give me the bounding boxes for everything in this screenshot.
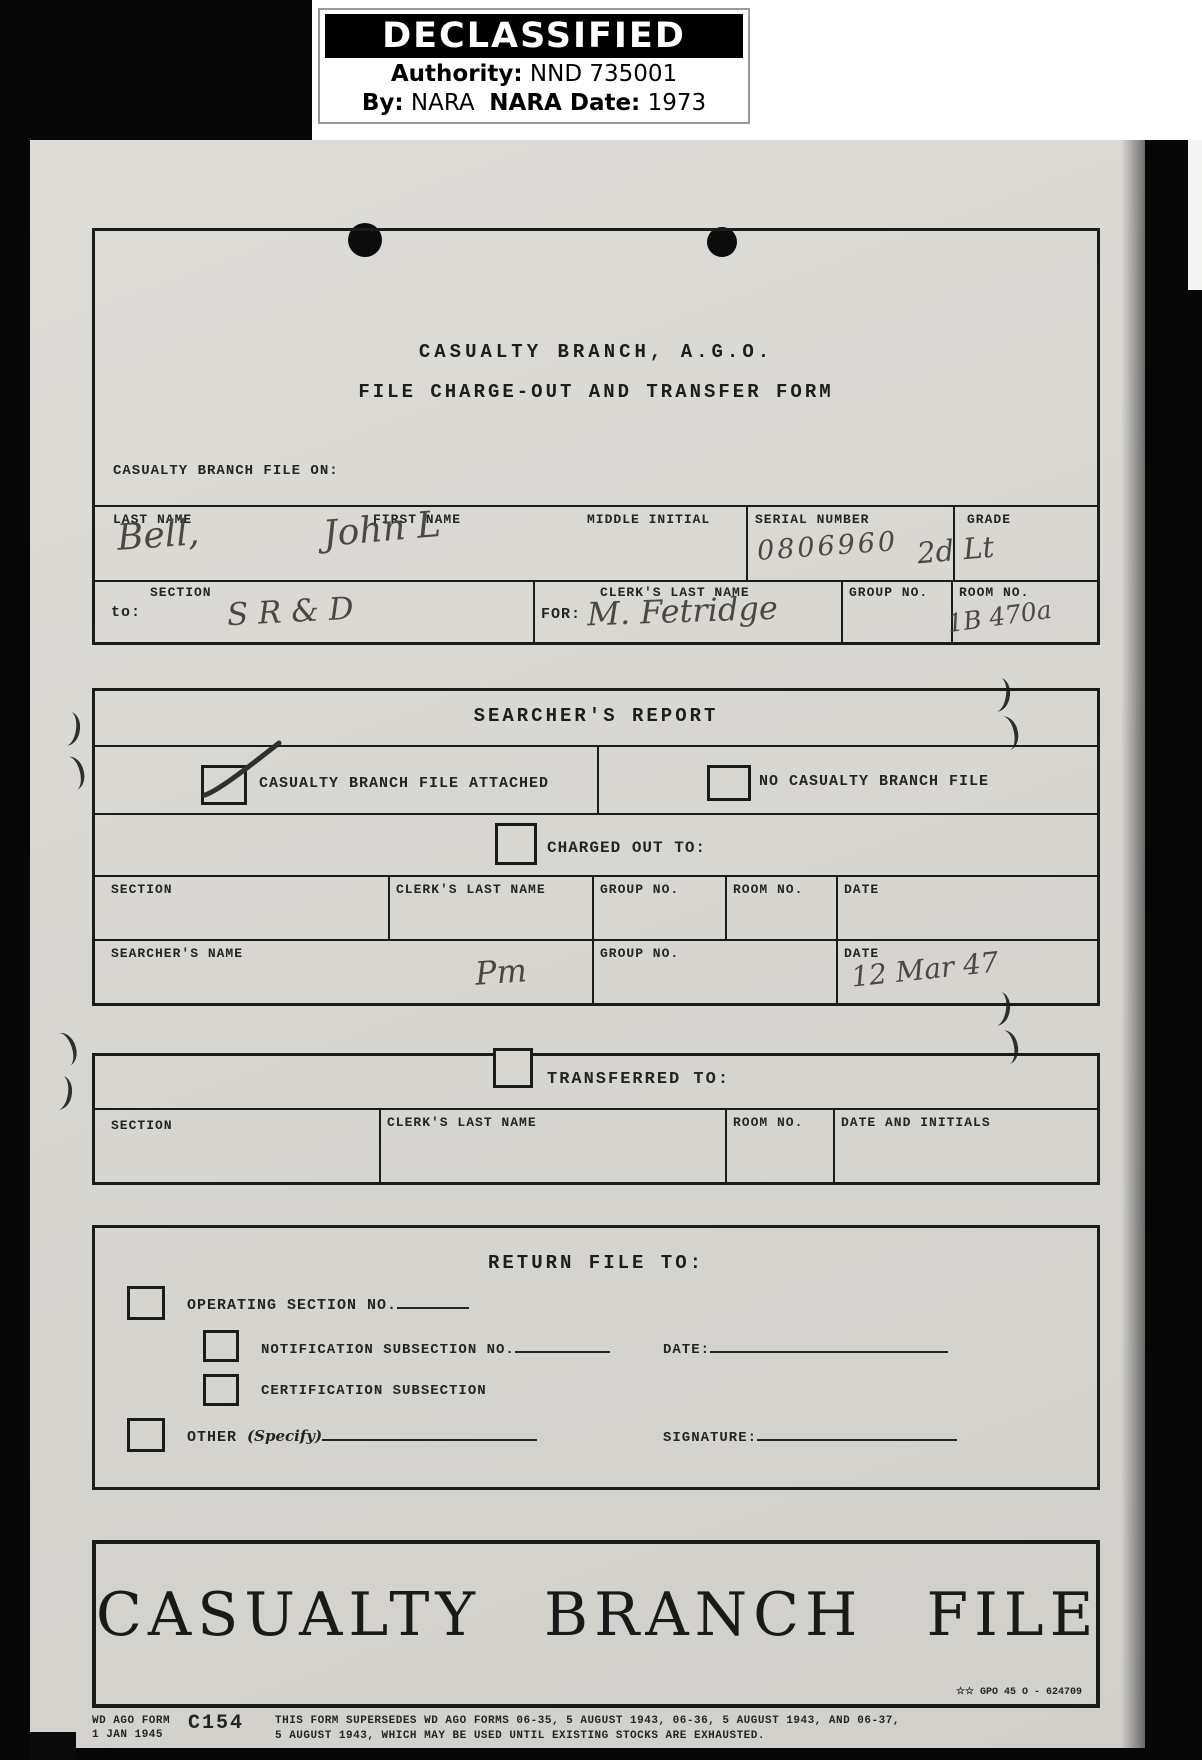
casualty-branch-file-banner-box: CASUALTY BRANCH FILE ☆☆ GPO 45 O - 62470… bbox=[92, 1540, 1100, 1708]
col-room: ROOM NO. bbox=[733, 882, 803, 897]
charged-out-table-header: SECTION CLERK'S LAST NAME GROUP NO. ROOM… bbox=[95, 877, 1097, 941]
operating-section-label: OPERATING SECTION NO. bbox=[187, 1297, 397, 1314]
casualty-branch-file-banner: CASUALTY BRANCH FILE bbox=[96, 1580, 1096, 1650]
no-file-label: NO CASUALTY BRANCH FILE bbox=[759, 773, 989, 790]
signature-row: SIGNATURE: bbox=[663, 1426, 957, 1446]
charged-out-label: CHARGED OUT TO: bbox=[547, 839, 706, 857]
checkbox-certification-subsection bbox=[203, 1374, 239, 1406]
middle-initial-label: MIDDLE INITIAL bbox=[587, 512, 710, 527]
form-title: FILE CHARGE-OUT AND TRANSFER FORM bbox=[95, 381, 1097, 403]
room-no-value: 1B 470a bbox=[945, 595, 1053, 638]
checkbox-notification-subsection bbox=[203, 1330, 239, 1362]
searcher-group-label: GROUP NO. bbox=[600, 946, 679, 961]
checkbox-charged-out bbox=[495, 823, 537, 865]
clerk-value: M. Fetridge bbox=[586, 589, 778, 634]
authority-value: NND 735001 bbox=[530, 61, 677, 87]
searchers-report-box: SEARCHER'S REPORT CASUALTY BRANCH FILE A… bbox=[92, 688, 1100, 1006]
file-attached-label: CASUALTY BRANCH FILE ATTACHED bbox=[259, 775, 549, 792]
grade-label: GRADE bbox=[967, 512, 1011, 527]
notification-blank bbox=[515, 1338, 610, 1353]
section-value: S R & D bbox=[226, 591, 354, 634]
trans-col-date-initials: DATE AND INITIALS bbox=[841, 1115, 991, 1130]
supersedes-line2: 5 AUGUST 1943, WHICH MAY BE USED UNTIL E… bbox=[275, 1730, 765, 1742]
file-on-label: CASUALTY BRANCH FILE ON: bbox=[113, 463, 339, 479]
col-section: SECTION bbox=[111, 882, 173, 897]
checkbox-other bbox=[127, 1418, 165, 1452]
charged-out-row: CHARGED OUT TO: bbox=[95, 815, 1097, 877]
routing-row: SECTION to: CLERK'S LAST NAME FOR: GROUP… bbox=[95, 582, 1097, 644]
serial-number-label: SERIAL NUMBER bbox=[755, 512, 869, 527]
nara-date-label: NARA Date: bbox=[489, 90, 640, 116]
searchers-report-title: SEARCHER'S REPORT bbox=[95, 705, 1097, 727]
checkbox-no-file bbox=[707, 765, 751, 801]
searcher-row: SEARCHER'S NAME GROUP NO. DATE Pm 12 Mar… bbox=[95, 941, 1097, 1003]
signature-blank bbox=[757, 1426, 957, 1441]
other-specify-label: (Specify) bbox=[247, 1427, 322, 1445]
col-group: GROUP NO. bbox=[600, 882, 679, 897]
stamp-authority-line: Authority: NND 735001 bbox=[320, 60, 748, 89]
identity-table: LAST NAME FIRST NAME MIDDLE INITIAL SERI… bbox=[95, 505, 1097, 642]
certification-label: CERTIFICATION SUBSECTION bbox=[261, 1383, 487, 1399]
gpo-print-code: ☆☆ GPO 45 O - 624709 bbox=[956, 1686, 1082, 1698]
trans-col-section: SECTION bbox=[111, 1118, 173, 1133]
to-label: to: bbox=[111, 604, 141, 621]
transferred-to-box: TRANSFERRED TO: SECTION CLERK'S LAST NAM… bbox=[92, 1053, 1100, 1185]
section-label: SECTION bbox=[150, 585, 212, 600]
checkbox-operating-section bbox=[127, 1286, 165, 1320]
other-row: OTHER (Specify) bbox=[187, 1426, 537, 1446]
authority-label: Authority: bbox=[391, 61, 523, 87]
last-name-value: Bell, bbox=[116, 512, 201, 559]
return-date-label: DATE: bbox=[663, 1342, 710, 1358]
form-org-title: CASUALTY BRANCH, A.G.O. bbox=[95, 341, 1097, 363]
declassified-stamp: DECLASSIFIED Authority: NND 735001 By: N… bbox=[318, 8, 750, 124]
col-date: DATE bbox=[844, 882, 879, 897]
scan-edge-highlight bbox=[1188, 140, 1202, 290]
operating-section-blank bbox=[397, 1294, 469, 1309]
pen-mark bbox=[60, 754, 88, 792]
transferred-table-row: SECTION CLERK'S LAST NAME ROOM NO. DATE … bbox=[95, 1110, 1097, 1182]
by-label: By: bbox=[362, 90, 404, 116]
by-value: NARA bbox=[411, 90, 475, 116]
signature-label: SIGNATURE: bbox=[663, 1430, 757, 1446]
certification-row: CERTIFICATION SUBSECTION bbox=[261, 1383, 487, 1399]
nara-date-value: 1973 bbox=[648, 90, 707, 116]
col-clerk: CLERK'S LAST NAME bbox=[396, 882, 546, 897]
stamp-by-line: By: NARA NARA Date: 1973 bbox=[320, 89, 748, 118]
declassified-banner: DECLASSIFIED bbox=[325, 14, 743, 58]
searcher-name-label: SEARCHER'S NAME bbox=[111, 946, 243, 961]
charge-out-form-box: CASUALTY BRANCH, A.G.O. FILE CHARGE-OUT … bbox=[92, 228, 1100, 645]
pen-mark bbox=[50, 1075, 75, 1111]
transferred-title-row: TRANSFERRED TO: bbox=[95, 1056, 1097, 1110]
for-label: FOR: bbox=[541, 606, 581, 623]
other-blank bbox=[322, 1426, 537, 1441]
searcher-name-value: Pm bbox=[474, 951, 528, 993]
scan-corner-shadow bbox=[30, 1732, 76, 1760]
form-id-line1: WD AGO FORM bbox=[92, 1715, 170, 1727]
pen-mark bbox=[58, 711, 83, 747]
return-file-box: RETURN FILE TO: OPERATING SECTION NO. NO… bbox=[92, 1225, 1100, 1490]
scanned-form-paper: CASUALTY BRANCH, A.G.O. FILE CHARGE-OUT … bbox=[30, 140, 1145, 1748]
form-id-line2: 1 JAN 1945 bbox=[92, 1729, 163, 1741]
checkbox-transferred bbox=[493, 1048, 533, 1088]
operating-section-row: OPERATING SECTION NO. bbox=[187, 1294, 469, 1314]
supersedes-line1: THIS FORM SUPERSEDES WD AGO FORMS 06-35,… bbox=[275, 1715, 900, 1727]
pen-checkmark bbox=[191, 737, 295, 803]
return-date-blank bbox=[710, 1338, 948, 1353]
group-no-label: GROUP NO. bbox=[849, 585, 928, 600]
serial-number-value: 0806960 bbox=[756, 526, 899, 567]
transferred-title: TRANSFERRED TO: bbox=[547, 1070, 730, 1089]
return-file-title: RETURN FILE TO: bbox=[95, 1252, 1097, 1274]
first-name-value: John L bbox=[321, 504, 442, 555]
notification-label: NOTIFICATION SUBSECTION NO. bbox=[261, 1342, 515, 1358]
grade-value: 2d Lt bbox=[916, 530, 996, 571]
other-label: OTHER bbox=[187, 1429, 237, 1446]
trans-col-room: ROOM NO. bbox=[733, 1115, 803, 1130]
form-number: C154 bbox=[188, 1712, 244, 1735]
trans-col-clerk: CLERK'S LAST NAME bbox=[387, 1115, 537, 1130]
room-no-label: ROOM NO. bbox=[959, 585, 1029, 600]
date-row: DATE: bbox=[663, 1338, 948, 1358]
notification-row: NOTIFICATION SUBSECTION NO. bbox=[261, 1338, 610, 1358]
pen-mark bbox=[51, 1030, 81, 1069]
file-status-row: CASUALTY BRANCH FILE ATTACHED NO CASUALT… bbox=[95, 747, 1097, 815]
identity-row: LAST NAME FIRST NAME MIDDLE INITIAL SERI… bbox=[95, 507, 1097, 582]
